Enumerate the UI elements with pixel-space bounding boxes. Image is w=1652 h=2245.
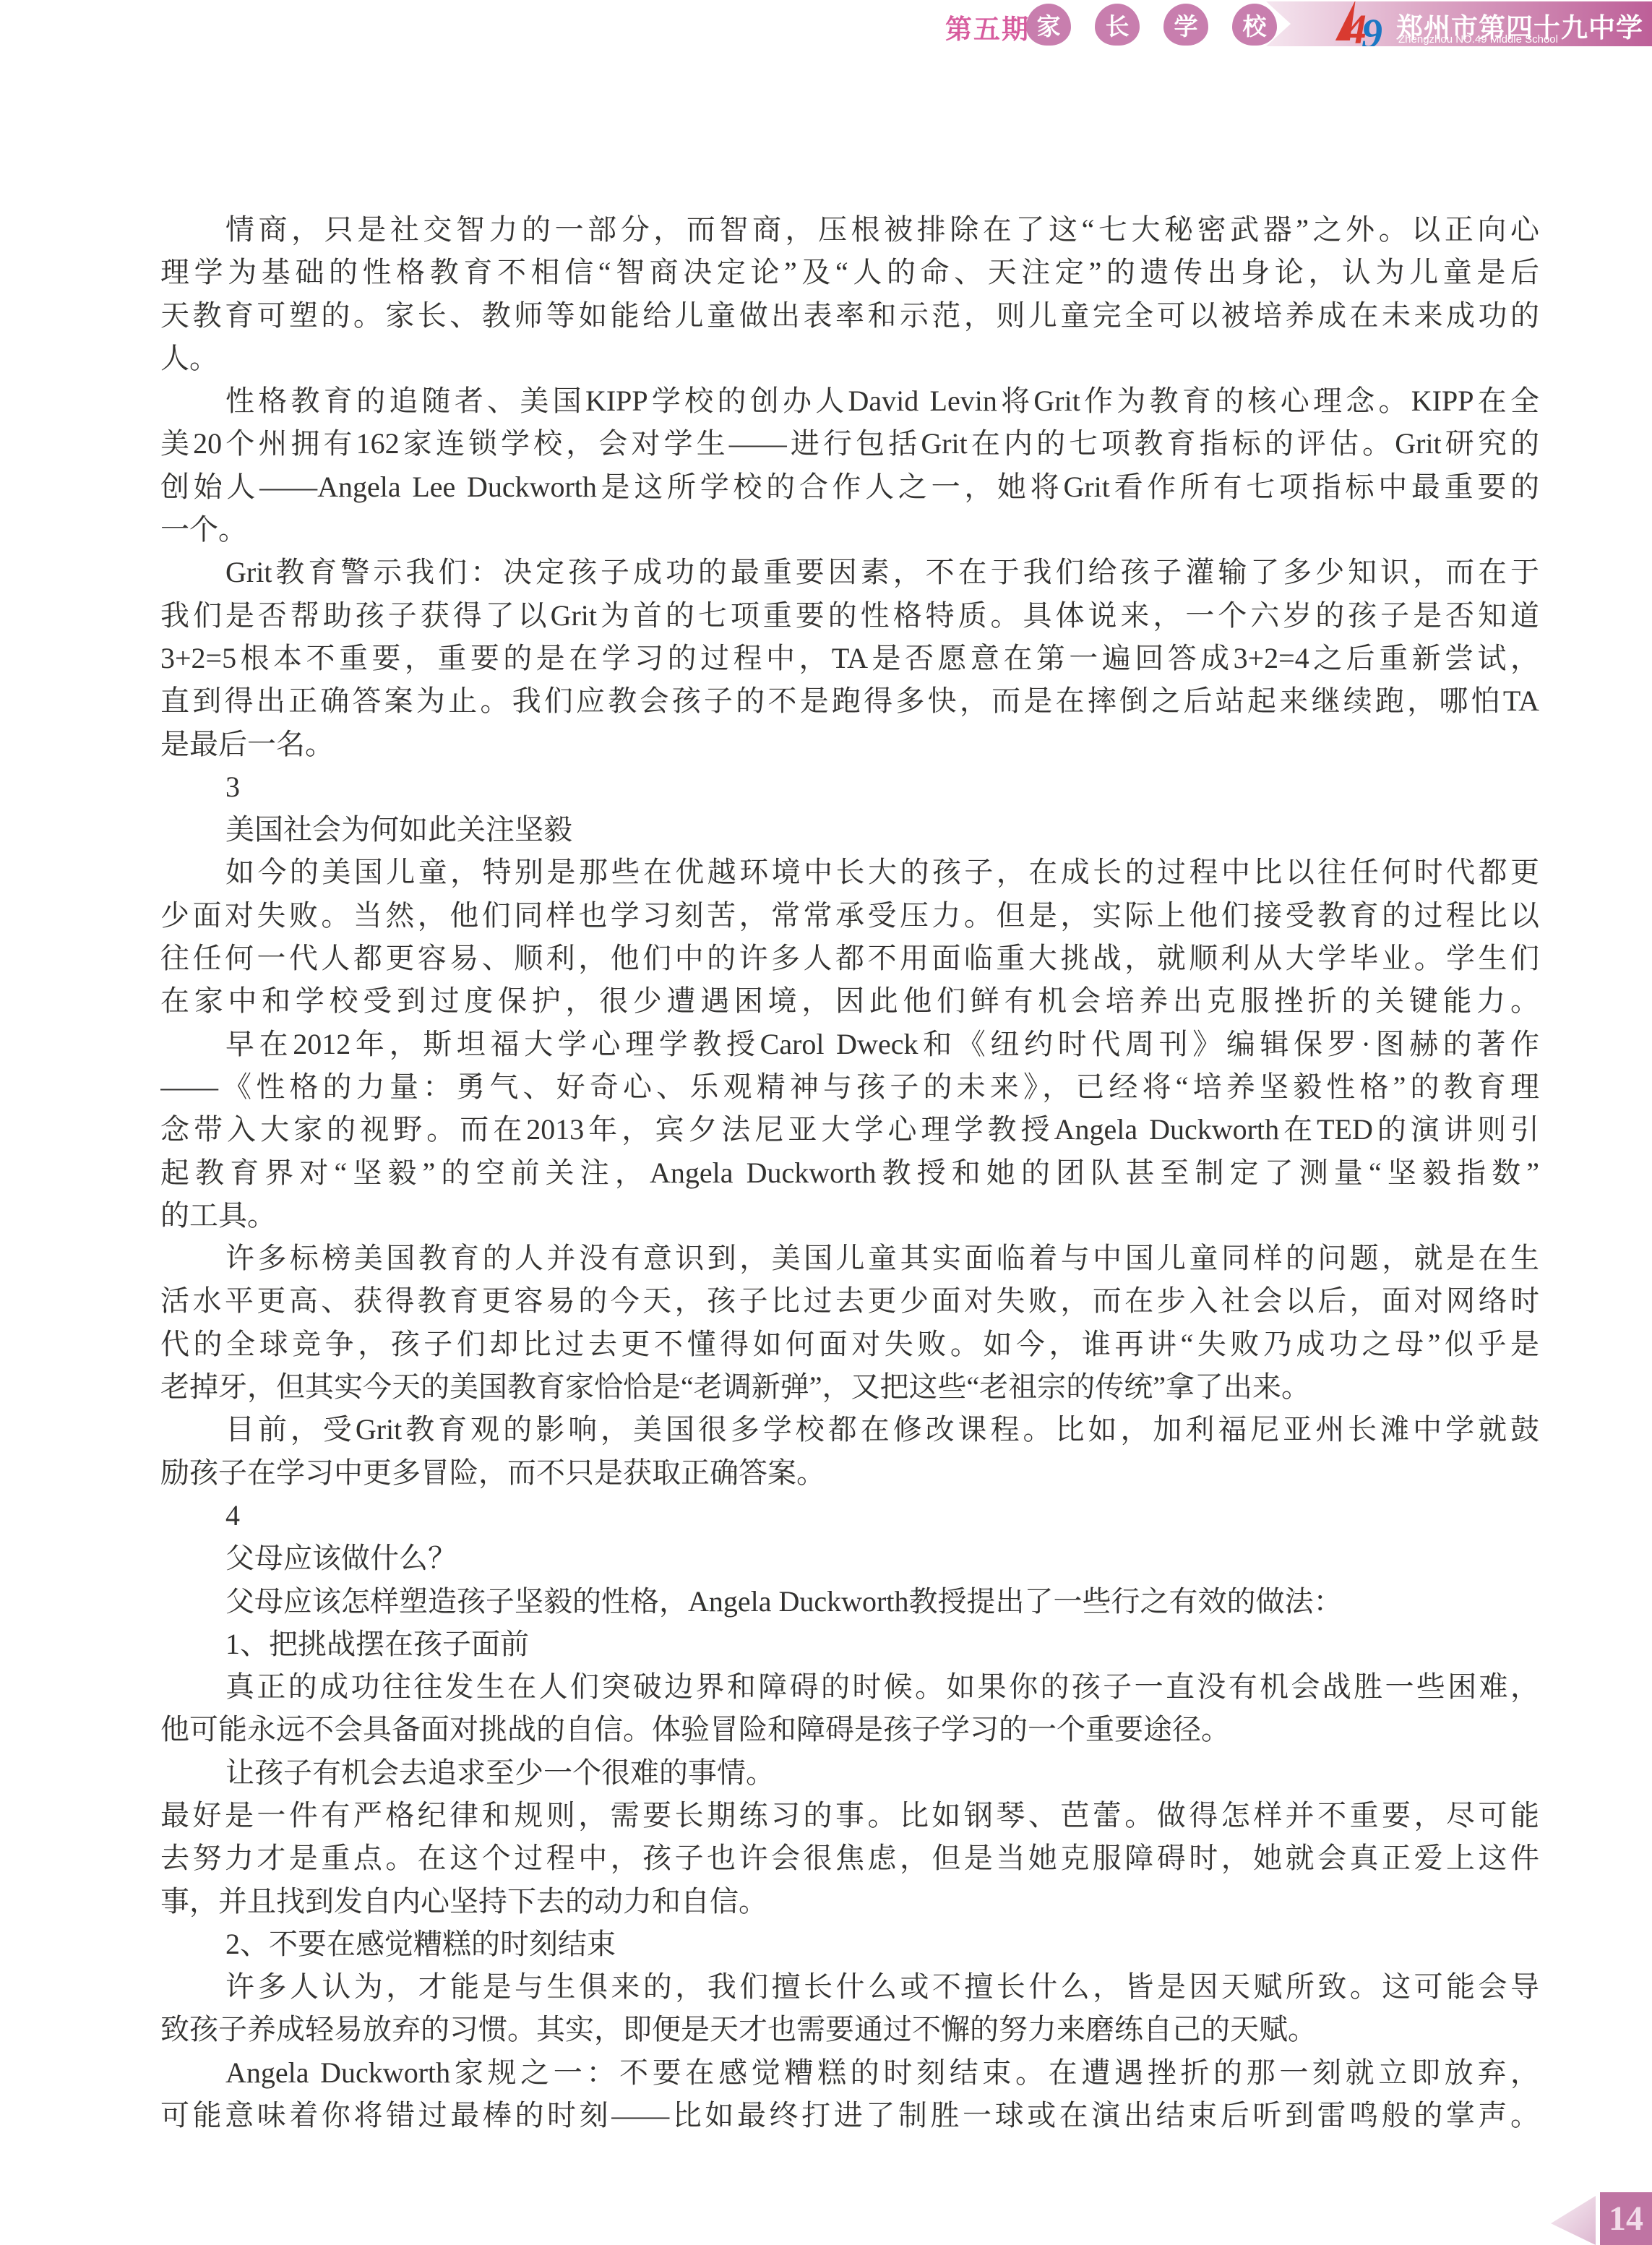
parent-school-badge-2: 长 bbox=[1095, 4, 1140, 46]
text-line: 父母应该怎样塑造孩子坚毅的性格，Angela Duckworth教授提出了一些行… bbox=[160, 1580, 1539, 1623]
text-line: 直到得出正确答案为止。我们应教会孩子的不是跑得多快，而是在摔倒之后站起来继续跑，… bbox=[160, 679, 1539, 722]
text-line: 代的全球竞争，孩子们却比过去更不懂得如何面对失败。如今，谁再讲“失败乃成功之母”… bbox=[160, 1323, 1539, 1365]
school-logo-icon: 4 9 bbox=[1330, 0, 1389, 52]
parent-school-badge-1: 家 bbox=[1026, 4, 1071, 46]
article-lines: 情商，只是社交智力的一部分，而智商，压根被排除在了这“七大秘密武器”之外。以正向… bbox=[160, 208, 1539, 2137]
text-line: 去努力才是重点。在这个过程中，孩子也许会很焦虑，但是当她克服障碍时，她就会真正爱… bbox=[160, 1837, 1539, 1879]
text-line: 他可能永远不会具备面对挑战的自信。体验冒险和障碍是孩子学习的一个重要途径。 bbox=[160, 1708, 1539, 1751]
newsletter-page: 第五期 家 长 学 校 4 9 郑州市第四十九中学 Zhengzhou NO.4… bbox=[0, 0, 1652, 2245]
text-line: 事，并且找到发自内心坚持下去的动力和自信。 bbox=[160, 1880, 1539, 1923]
parent-school-badge-4: 校 bbox=[1232, 4, 1277, 46]
text-line: 致孩子养成轻易放弃的习惯。其实，即便是天才也需要通过不懈的努力来磨练自己的天赋。 bbox=[160, 2008, 1539, 2051]
text-line: 老掉牙，但其实今天的美国教育家恰恰是“老调新弹”，又把这些“老祖宗的传统”拿了出… bbox=[160, 1365, 1539, 1408]
text-line: 起教育界对“坚毅”的空前关注，Angela Duckworth教授和她的团队甚至… bbox=[160, 1151, 1539, 1194]
corner-triangle-decoration bbox=[1551, 2196, 1596, 2245]
text-line: 早在2012年，斯坦福大学心理学教授Carol Dweck和《纽约时代周刊》编辑… bbox=[160, 1023, 1539, 1065]
school-banner: 4 9 郑州市第四十九中学 Zhengzhou NO.49 Middle Sch… bbox=[1266, 1, 1652, 46]
text-line: 励孩子在学习中更多冒险，而不只是获取正确答案。 bbox=[160, 1451, 1539, 1494]
text-line: 我们是否帮助孩子获得了以Grit为首的七项重要的性格特质。具体说来，一个六岁的孩… bbox=[160, 594, 1539, 637]
text-line: 让孩子有机会去追求至少一个很难的事情。 bbox=[160, 1751, 1539, 1794]
text-line: 父母应该做什么？ bbox=[160, 1537, 1539, 1579]
text-line: 4 bbox=[160, 1494, 1539, 1537]
text-line: 3 bbox=[160, 765, 1539, 808]
parent-school-badge-3: 学 bbox=[1163, 4, 1208, 46]
text-line: 念带入大家的视野。而在2013年，宾夕法尼亚大学心理学教授Angela Duck… bbox=[160, 1108, 1539, 1151]
text-line: 目前，受Grit教育观的影响，美国很多学校都在修改课程。比如，加利福尼亚州长滩中… bbox=[160, 1408, 1539, 1451]
text-line: ——《性格的力量：勇气、好奇心、乐观精神与孩子的未来》，已经将“培养坚毅性格”的… bbox=[160, 1065, 1539, 1108]
page-number-badge: 14 bbox=[1600, 2192, 1652, 2245]
text-line: 一个。 bbox=[160, 508, 1539, 551]
text-line: 性格教育的追随者、美国KIPP学校的创办人David Levin将Grit作为教… bbox=[160, 379, 1539, 422]
text-line: 往任何一代人都更容易、顺利，他们中的许多人都不用面临重大挑战，就顺利从大学毕业。… bbox=[160, 937, 1539, 979]
text-line: 许多人认为，才能是与生俱来的，我们擅长什么或不擅长什么，皆是因天赋所致。这可能会… bbox=[160, 1965, 1539, 2008]
text-line: 创始人——Angela Lee Duckworth是这所学校的合作人之一，她将G… bbox=[160, 465, 1539, 508]
text-line: 理学为基础的性格教育不相信“智商决定论”及“人的命、天注定”的遗传出身论，认为儿… bbox=[160, 251, 1539, 293]
text-line: 情商，只是社交智力的一部分，而智商，压根被排除在了这“七大秘密武器”之外。以正向… bbox=[160, 208, 1539, 251]
issue-label: 第五期 bbox=[945, 16, 1030, 43]
text-line: 在家中和学校受到过度保护，很少遭遇困境，因此他们鲜有机会培养出克服挫折的关键能力… bbox=[160, 979, 1539, 1022]
text-line: 的工具。 bbox=[160, 1194, 1539, 1237]
badge-row: 家 长 学 校 bbox=[1026, 4, 1277, 46]
text-line: 如今的美国儿童，特别是那些在优越环境中长大的孩子，在成长的过程中比以往任何时代都… bbox=[160, 851, 1539, 893]
text-line: 许多标榜美国教育的人并没有意识到，美国儿童其实面临着与中国儿童同样的问题，就是在… bbox=[160, 1237, 1539, 1279]
text-line: 美20个州拥有162家连锁学校，会对学生——进行包括Grit在内的七项教育指标的… bbox=[160, 422, 1539, 465]
text-line: 2、不要在感觉糟糕的时刻结束 bbox=[160, 1923, 1539, 1965]
page-header: 第五期 家 长 学 校 4 9 郑州市第四十九中学 Zhengzhou NO.4… bbox=[0, 0, 1652, 49]
text-line: Grit教育警示我们：决定孩子成功的最重要因素，不在于我们给孩子灌输了多少知识，… bbox=[160, 551, 1539, 593]
text-line: 真正的成功往往发生在人们突破边界和障碍的时候。如果你的孩子一直没有机会战胜一些困… bbox=[160, 1665, 1539, 1708]
logo-digit-9: 9 bbox=[1361, 10, 1382, 52]
text-line: 可能意味着你将错过最棒的时刻——比如最终打进了制胜一球或在演出结束后听到雷鸣般的… bbox=[160, 2094, 1539, 2137]
text-line: Angela Duckworth家规之一：不要在感觉糟糕的时刻结束。在遭遇挫折的… bbox=[160, 2051, 1539, 2094]
text-line: 人。 bbox=[160, 337, 1539, 379]
school-name-en: Zhengzhou NO.49 Middle School bbox=[1398, 33, 1558, 46]
text-line: 少面对失败。当然，他们同样也学习刻苦，常常承受压力。但是，实际上他们接受教育的过… bbox=[160, 894, 1539, 937]
text-line: 1、把挑战摆在孩子面前 bbox=[160, 1623, 1539, 1665]
text-line: 是最后一名。 bbox=[160, 723, 1539, 765]
text-line: 最好是一件有严格纪律和规则，需要长期练习的事。比如钢琴、芭蕾。做得怎样并不重要，… bbox=[160, 1794, 1539, 1837]
text-line: 3+2=5根本不重要，重要的是在学习的过程中，TA是否愿意在第一遍回答成3+2=… bbox=[160, 637, 1539, 679]
text-line: 天教育可塑的。家长、教师等如能给儿童做出表率和示范，则儿童完全可以被培养成在未来… bbox=[160, 294, 1539, 337]
text-line: 美国社会为何如此关注坚毅 bbox=[160, 808, 1539, 851]
text-line: 活水平更高、获得教育更容易的今天，孩子比过去更少面对失败，而在步入社会以后，面对… bbox=[160, 1279, 1539, 1322]
